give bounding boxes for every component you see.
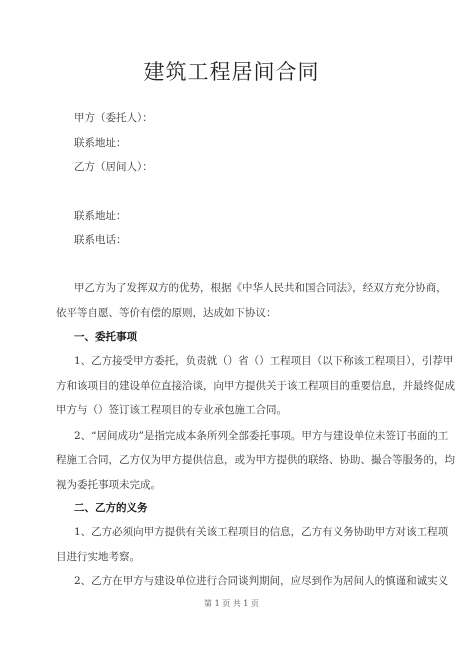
clause-line: 程施工合同，乙方仅为甲方提供信息，或为甲方提供的联络、协助、撮合等服务的，均 — [56, 452, 455, 467]
party-a-label: 甲方（委托人）： — [74, 110, 153, 125]
preamble-line: 甲乙方为了发挥双方的优势，根据《中华人民共和国合同法》，经双方充分协商， — [74, 280, 447, 295]
clause-line: 甲方与（）签订该工程项目的专业承包施工合同。 — [56, 402, 287, 417]
party-b-address-label: 联系地址： — [74, 208, 127, 223]
clause-line: 方和该项目的建设单位直接洽谈，向甲方提供关于该工程项目的重要信息，并最终促成 — [56, 378, 455, 393]
clause-line: 1、乙方必须向甲方提供有关该工程项目的信息，乙方有义务协助甲方对该工程项 — [74, 524, 448, 539]
preamble-line: 依平等自愿、等价有偿的原则，达成如下协议： — [56, 305, 277, 320]
party-b-phone-label: 联系电话： — [74, 232, 127, 247]
clause-line: 视为委托事项未完成。 — [56, 477, 161, 492]
section-heading-entrustment: 一、委托事项 — [74, 329, 137, 344]
party-a-address-label: 联系地址： — [74, 135, 127, 150]
section-heading-obligations: 二、乙方的义务 — [74, 500, 148, 515]
clause-line: 1、乙方接受甲方委托，负责就（）省（）工程项目（以下称该工程项目），引荐甲 — [74, 353, 453, 368]
document-page: 建筑工程居间合同 甲方（委托人）： 联系地址： 乙方（居间人）： 联系地址： 联… — [0, 0, 463, 655]
clause-line: 2、乙方在甲方与建设单位进行合同谈判期间，应尽到作为居间人的慎谨和诚实义 — [74, 573, 448, 588]
document-title: 建筑工程居间合同 — [0, 56, 463, 86]
clause-line: 2、“居间成功”是指完成本条所列全部委托事项。甲方与建设单位未签订书面的工 — [74, 428, 448, 443]
page-number-footer: 第 1 页 共 1 页 — [0, 598, 463, 609]
party-b-label: 乙方（居间人）： — [74, 159, 153, 174]
clause-line: 目进行实地考察。 — [56, 549, 140, 564]
